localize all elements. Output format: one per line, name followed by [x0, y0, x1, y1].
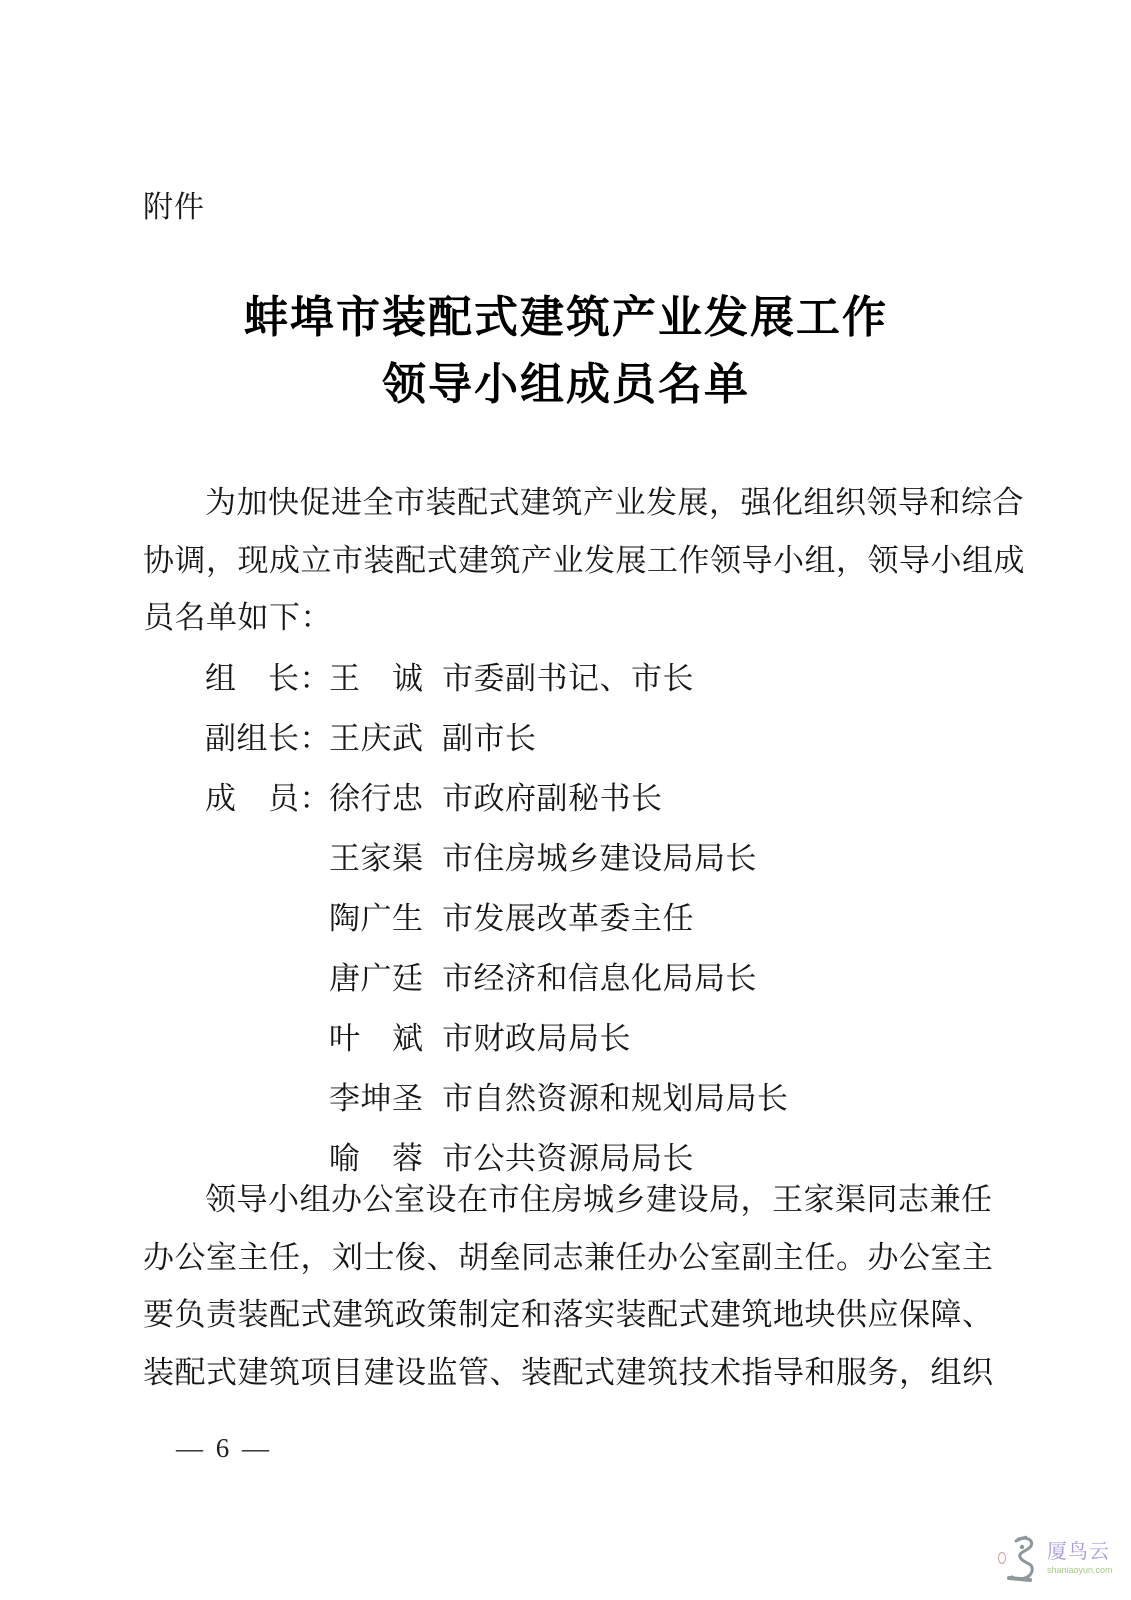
member-title: 市住房城乡建设局局长: [442, 829, 989, 889]
member-name: 王家渠: [329, 829, 442, 889]
document-page: 附件 蚌埠市装配式建筑产业发展工作 领导小组成员名单 为加快促进全市装配式建筑产…: [0, 0, 1131, 1600]
seal-icon: [998, 1552, 1006, 1564]
member-title: 副市长: [442, 709, 989, 769]
intro-paragraph-line: 协调，现成立市装配式建筑产业发展工作领导小组，领导小组成: [143, 532, 989, 590]
member-row: 陶广生 市发展改革委主任: [143, 889, 989, 949]
intro-paragraph-line: 为加快促进全市装配式建筑产业发展，强化组织领导和综合: [143, 474, 989, 532]
member-row: 唐广廷 市经济和信息化局局长: [143, 949, 989, 1009]
member-name: 王 诚: [329, 649, 442, 709]
member-row: 成 员： 徐行忠 市政府副秘书长: [143, 769, 989, 829]
watermark-logo: [998, 1532, 1042, 1584]
document-title-line-1: 蚌埠市装配式建筑产业发展工作: [143, 284, 989, 351]
office-paragraph-line: 要负责装配式建筑政策制定和落实装配式建筑地块供应保障、: [143, 1286, 989, 1344]
member-row: 副组长： 王庆武 副市长: [143, 709, 989, 769]
member-name: 徐行忠: [329, 769, 442, 829]
member-title: 市发展改革委主任: [442, 889, 989, 949]
member-row: 叶 斌 市财政局局长: [143, 1009, 989, 1069]
member-role-label: 成 员：: [205, 769, 329, 829]
member-role-label: 副组长：: [205, 709, 329, 769]
bird-icon: [1006, 1534, 1042, 1584]
member-role-label: 组 长：: [205, 649, 329, 709]
member-title: 市委副书记、市长: [442, 649, 989, 709]
page-number: — 6 —: [176, 1433, 272, 1464]
member-name: 唐广廷: [329, 949, 442, 1009]
member-name: 陶广生: [329, 889, 442, 949]
member-name: 王庆武: [329, 709, 442, 769]
watermark-text: 厦鸟云 shaniaoyun.com: [1047, 1541, 1113, 1576]
member-title: 市政府副秘书长: [442, 769, 989, 829]
member-name: 李坤圣: [329, 1069, 442, 1129]
office-paragraph-line: 领导小组办公室设在市住房城乡建设局，王家渠同志兼任: [143, 1171, 989, 1229]
office-paragraph: 领导小组办公室设在市住房城乡建设局，王家渠同志兼任 办公室主任，刘士俊、胡垒同志…: [143, 1171, 989, 1401]
member-row: 组 长： 王 诚 市委副书记、市长: [143, 649, 989, 709]
member-title: 市财政局局长: [442, 1009, 989, 1069]
member-list: 组 长： 王 诚 市委副书记、市长 副组长： 王庆武 副市长 成 员： 徐行忠 …: [143, 649, 989, 1189]
watermark-brand: 厦鸟云: [1047, 1541, 1113, 1563]
document-title: 蚌埠市装配式建筑产业发展工作 领导小组成员名单: [143, 284, 989, 418]
member-name: 叶 斌: [329, 1009, 442, 1069]
intro-paragraph: 为加快促进全市装配式建筑产业发展，强化组织领导和综合 协调，现成立市装配式建筑产…: [143, 474, 989, 647]
intro-paragraph-line: 员名单如下：: [143, 589, 989, 647]
member-row: 王家渠 市住房城乡建设局局长: [143, 829, 989, 889]
watermark-domain: shaniaoyun.com: [1047, 1566, 1113, 1576]
document-title-line-2: 领导小组成员名单: [143, 351, 989, 418]
member-row: 李坤圣 市自然资源和规划局局长: [143, 1069, 989, 1129]
member-title: 市自然资源和规划局局长: [442, 1069, 989, 1129]
member-title: 市经济和信息化局局长: [442, 949, 989, 1009]
shaniaoyun-watermark: 厦鸟云 shaniaoyun.com: [998, 1532, 1113, 1584]
office-paragraph-line: 装配式建筑项目建设监管、装配式建筑技术指导和服务，组织: [143, 1344, 989, 1402]
office-paragraph-line: 办公室主任，刘士俊、胡垒同志兼任办公室副主任。办公室主: [143, 1229, 989, 1287]
attachment-label: 附件: [143, 182, 205, 226]
